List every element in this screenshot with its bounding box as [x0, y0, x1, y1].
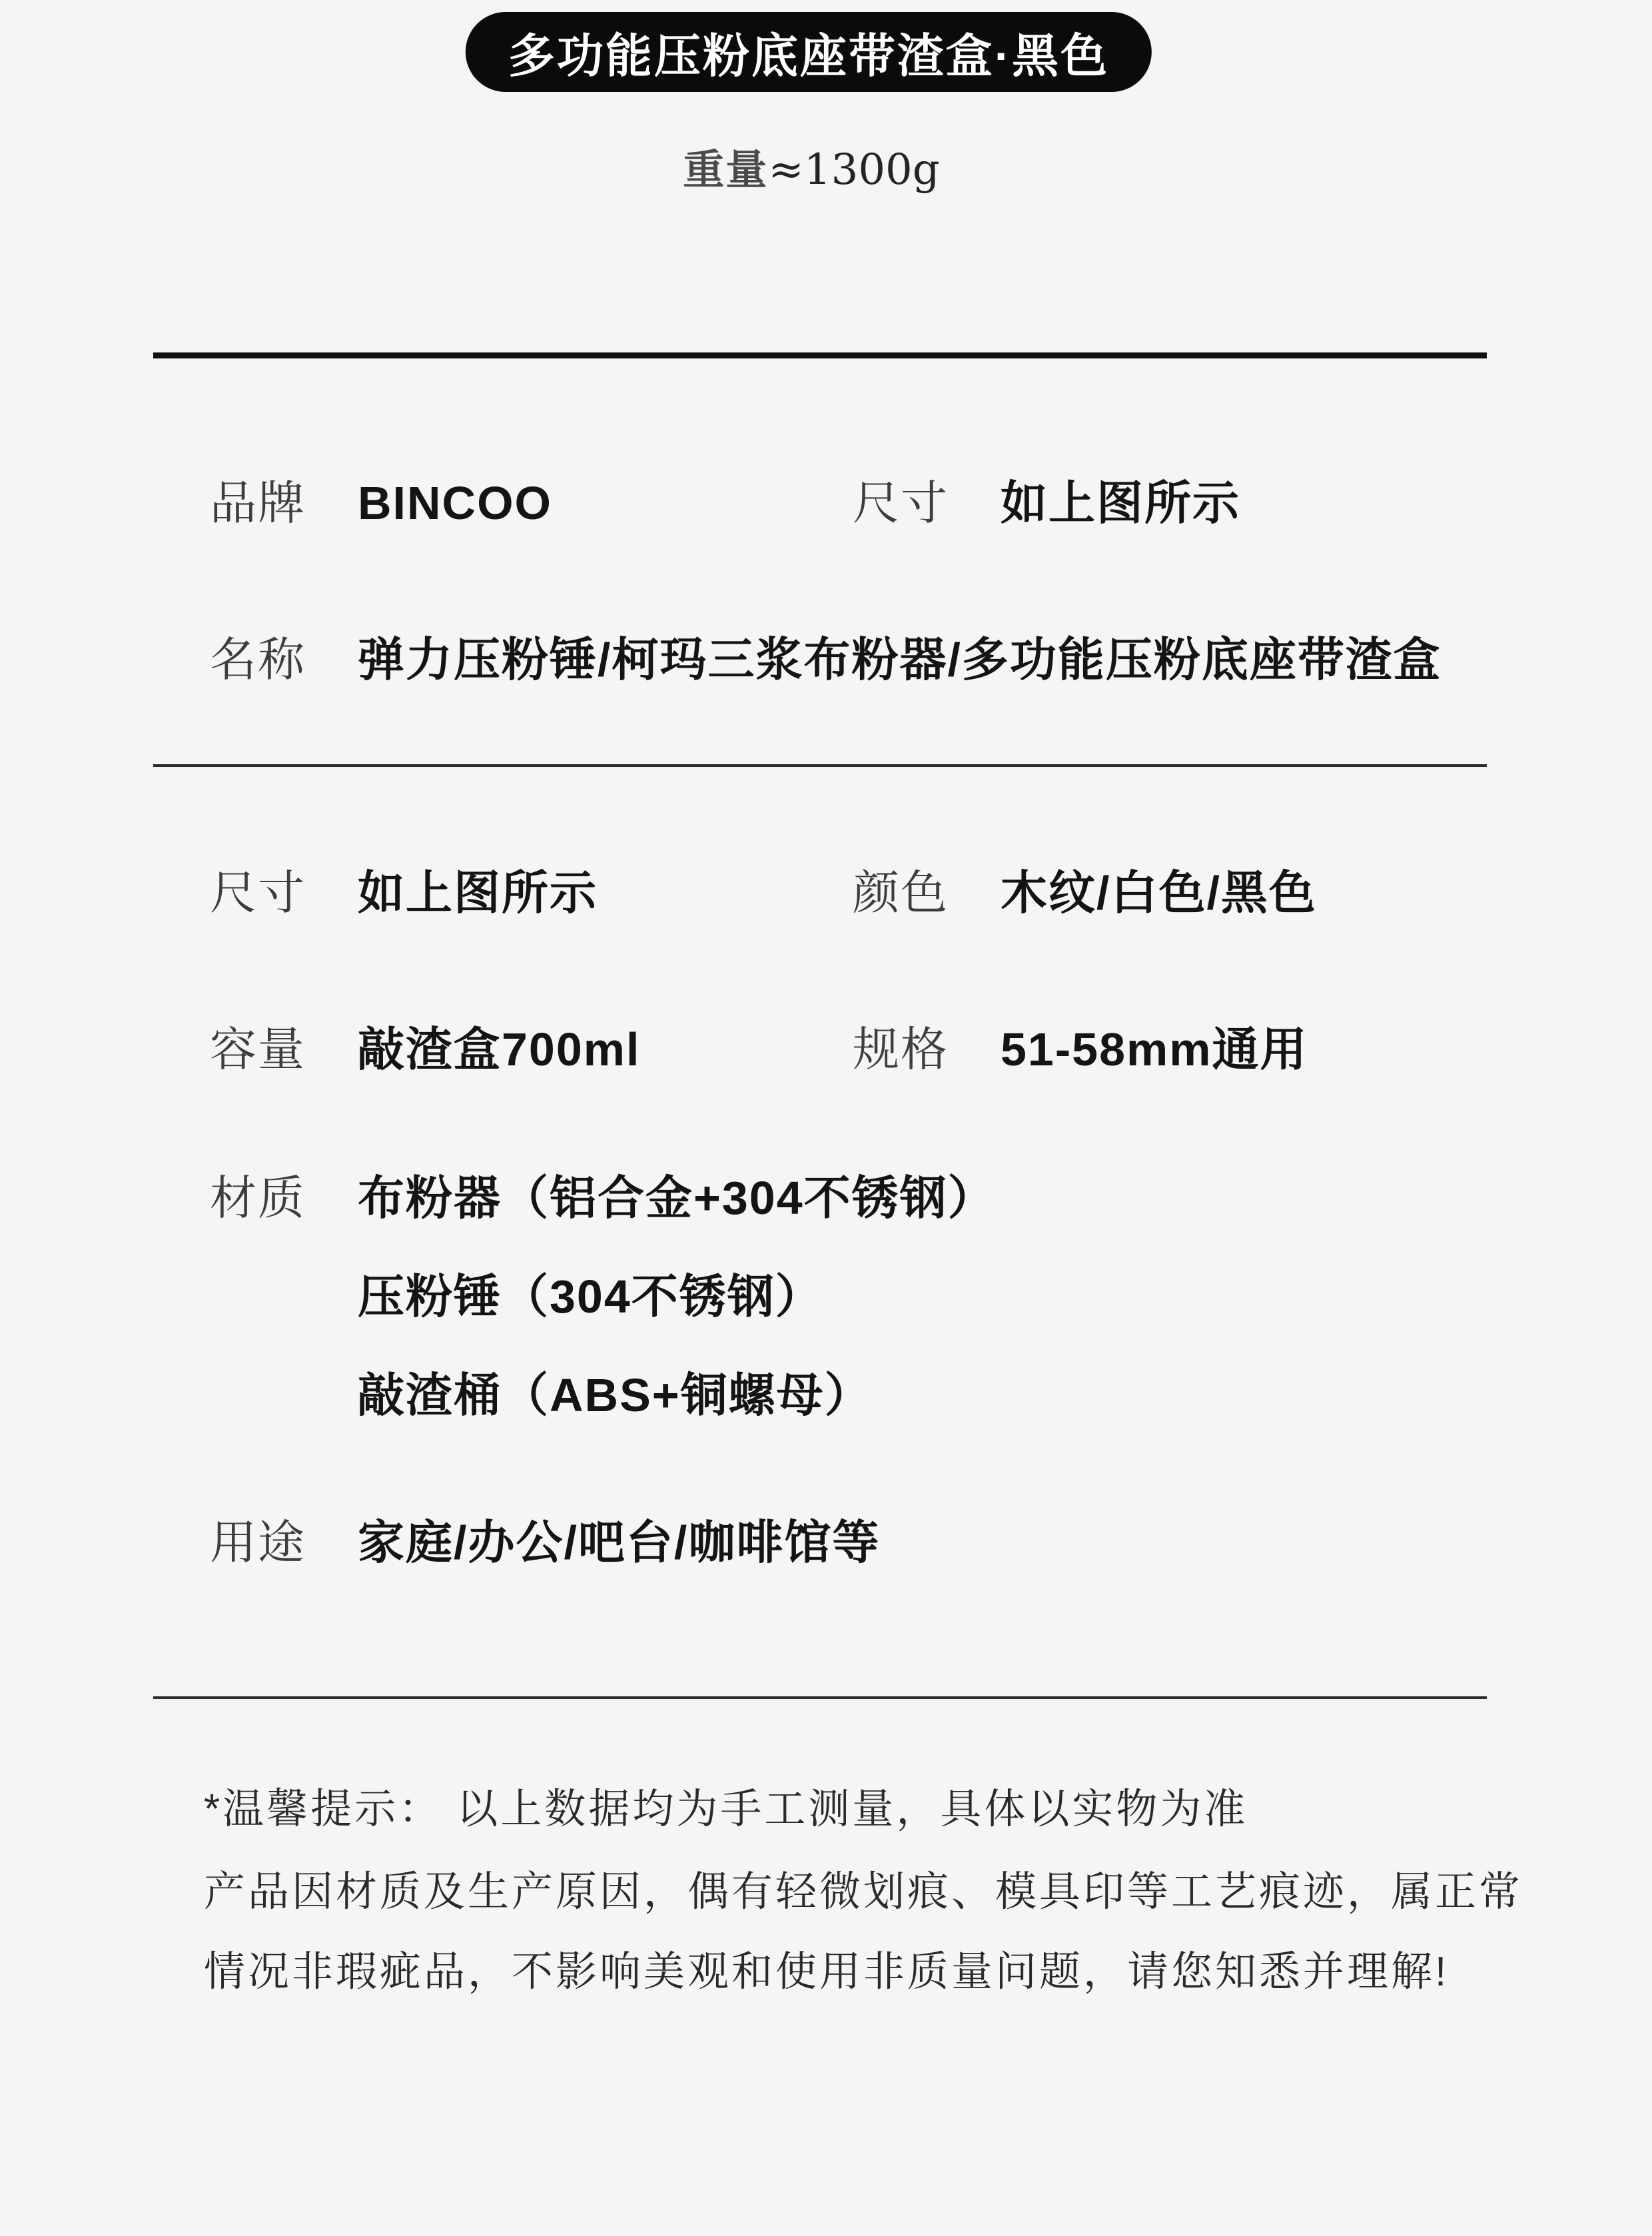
brand-value: BINCOO	[358, 477, 552, 529]
spec-row-gauge: 规格51-58mm通用	[853, 1016, 1308, 1083]
product-spec-page: 多功能压粉底座带渣盒·黑色 重量≈1300g 品牌BINCOO 尺寸如上图所示 …	[0, 0, 1652, 2236]
material-line-2: 压粉锤（304不锈钢）	[358, 1271, 823, 1323]
spec-row-size-top: 尺寸如上图所示	[853, 470, 1240, 536]
size-top-value: 如上图所示	[1001, 477, 1240, 529]
capacity-value: 敲渣盒700ml	[358, 1023, 640, 1075]
spec-row-material-3: 敲渣桶（ABS+铜螺母）	[358, 1362, 873, 1428]
name-label: 名称	[210, 626, 358, 693]
spec-row-brand: 品牌BINCOO	[210, 470, 552, 536]
spec-row-material-2: 压粉锤（304不锈钢）	[358, 1263, 823, 1330]
capacity-label: 容量	[210, 1016, 358, 1083]
name-value: 弹力压粉锤/柯玛三浆布粉器/多功能压粉底座带渣盒	[358, 634, 1442, 686]
brand-label: 品牌	[210, 470, 358, 536]
spec-row-name: 名称弹力压粉锤/柯玛三浆布粉器/多功能压粉底座带渣盒	[210, 626, 1442, 693]
product-variant-badge: 多功能压粉底座带渣盒·黑色	[466, 12, 1152, 92]
weight-value: ≈1300g	[768, 145, 939, 195]
weight-line: 重量≈1300g	[0, 137, 1637, 215]
usage-label: 用途	[210, 1509, 358, 1576]
product-variant-label: 多功能压粉底座带渣盒·黑色	[508, 19, 1109, 86]
note-line-3: 情况非瑕疵品，不影响美观和使用非质量问题，请您知悉并理解!	[204, 1939, 1449, 2005]
spec-row-size: 尺寸如上图所示	[210, 859, 598, 926]
usage-value: 家庭/办公/吧台/咖啡馆等	[358, 1516, 880, 1568]
spec-row-usage: 用途家庭/办公/吧台/咖啡馆等	[210, 1509, 880, 1576]
spec-row-material: 材质布粉器（铝合金+304不锈钢）	[210, 1165, 996, 1231]
note-line-2: 产品因材质及生产原因，偶有轻微划痕、模具印等工艺痕迹，属正常	[204, 1859, 1523, 1926]
color-value: 木纹/白色/黑色	[1001, 867, 1317, 919]
spec-row-color: 颜色木纹/白色/黑色	[853, 859, 1317, 926]
size-top-label: 尺寸	[853, 470, 1001, 536]
weight-label: 重量	[683, 147, 768, 193]
divider-middle	[153, 764, 1487, 767]
material-line-1: 布粉器（铝合金+304不锈钢）	[358, 1172, 996, 1224]
divider-bottom	[153, 1696, 1487, 1699]
divider-top	[153, 352, 1487, 358]
size-label: 尺寸	[210, 859, 358, 926]
gauge-value: 51-58mm通用	[1001, 1023, 1308, 1075]
note-line-1: *温馨提示： 以上数据均为手工测量，具体以实物为准	[204, 1776, 1248, 1843]
gauge-label: 规格	[853, 1016, 1001, 1083]
size-value: 如上图所示	[358, 867, 598, 919]
material-label: 材质	[210, 1165, 358, 1231]
color-label: 颜色	[853, 859, 1001, 926]
material-line-3: 敲渣桶（ABS+铜螺母）	[358, 1369, 873, 1421]
spec-row-capacity: 容量敲渣盒700ml	[210, 1016, 640, 1083]
